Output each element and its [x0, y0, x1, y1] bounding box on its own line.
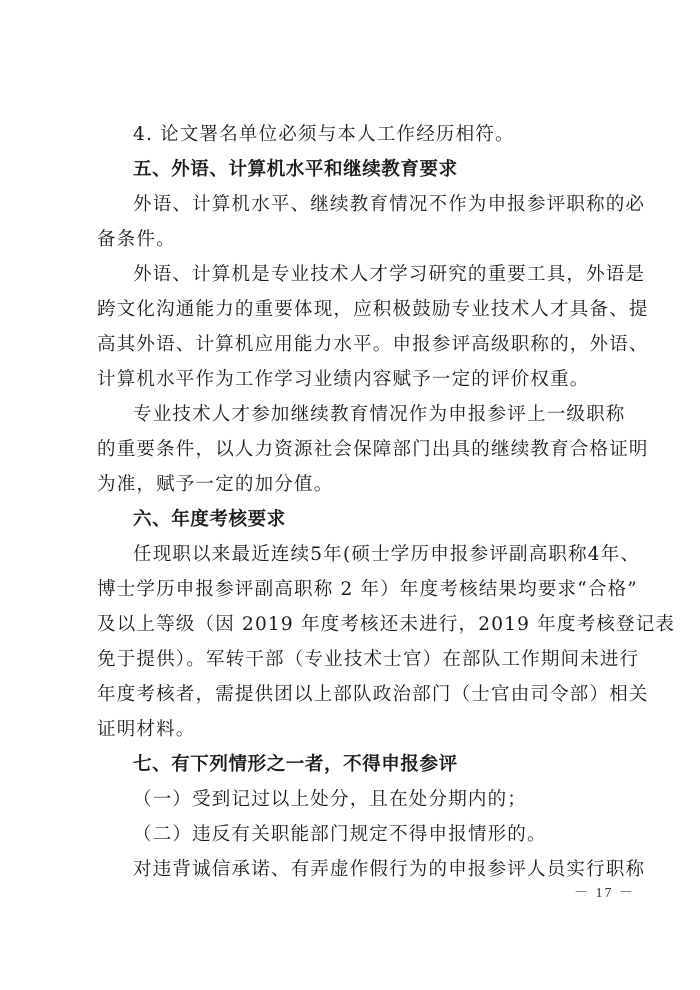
text-line: 任现职以来最近连续5年(硕士学历申报参评副高职称4年、: [133, 544, 653, 566]
text-line: （一）受到记过以上处分，且在处分期内的；: [133, 789, 653, 811]
document-page: 4. 论文署名单位必须与本人工作经历相符。五、外语、计算机水平和继续教育要求外语…: [0, 0, 700, 990]
text-line: 的重要条件，以人力资源社会保障部门出具的继续教育合格证明: [97, 439, 617, 461]
text-line: 计算机水平作为工作学习业绩内容赋予一定的评价权重。: [97, 369, 617, 391]
text-line: 外语、计算机是专业技术人才学习研究的重要工具，外语是: [133, 264, 653, 286]
text-line: （二）违反有关职能部门规定不得申报情形的。: [133, 824, 653, 846]
section-heading: 七、有下列情形之一者，不得申报参评: [133, 754, 653, 776]
section-heading: 六、年度考核要求: [133, 509, 653, 531]
text-line: 为准，赋予一定的加分值。: [97, 474, 617, 496]
text-line: 外语、计算机水平、继续教育情况不作为申报参评职称的必: [133, 194, 653, 216]
text-line: 4. 论文署名单位必须与本人工作经历相符。: [133, 124, 653, 146]
section-heading: 五、外语、计算机水平和继续教育要求: [133, 159, 653, 181]
text-line: 及以上等级（因 2019 年度考核还未进行，2019 年度考核登记表: [97, 614, 617, 636]
text-line: 备条件。: [97, 229, 617, 251]
text-line: 高其外语、计算机应用能力水平。申报参评高级职称的，外语、: [97, 334, 617, 356]
text-line: 博士学历申报参评副高职称 2 年）年度考核结果均要求“合格”: [97, 579, 617, 601]
text-line: 对违背诚信承诺、有弄虚作假行为的申报参评人员实行职称: [133, 859, 653, 881]
text-line: 跨文化沟通能力的重要体现，应积极鼓励专业技术人才具备、提: [97, 299, 617, 321]
text-line: 年度考核者，需提供团以上部队政治部门（士官由司令部）相关: [97, 684, 617, 706]
page-number: － 17 －: [574, 882, 635, 902]
text-line: 免于提供）。军转干部（专业技术士官）在部队工作期间未进行: [97, 649, 617, 671]
text-line: 专业技术人才参加继续教育情况作为申报参评上一级职称: [133, 404, 653, 426]
text-line: 证明材料。: [97, 719, 617, 741]
